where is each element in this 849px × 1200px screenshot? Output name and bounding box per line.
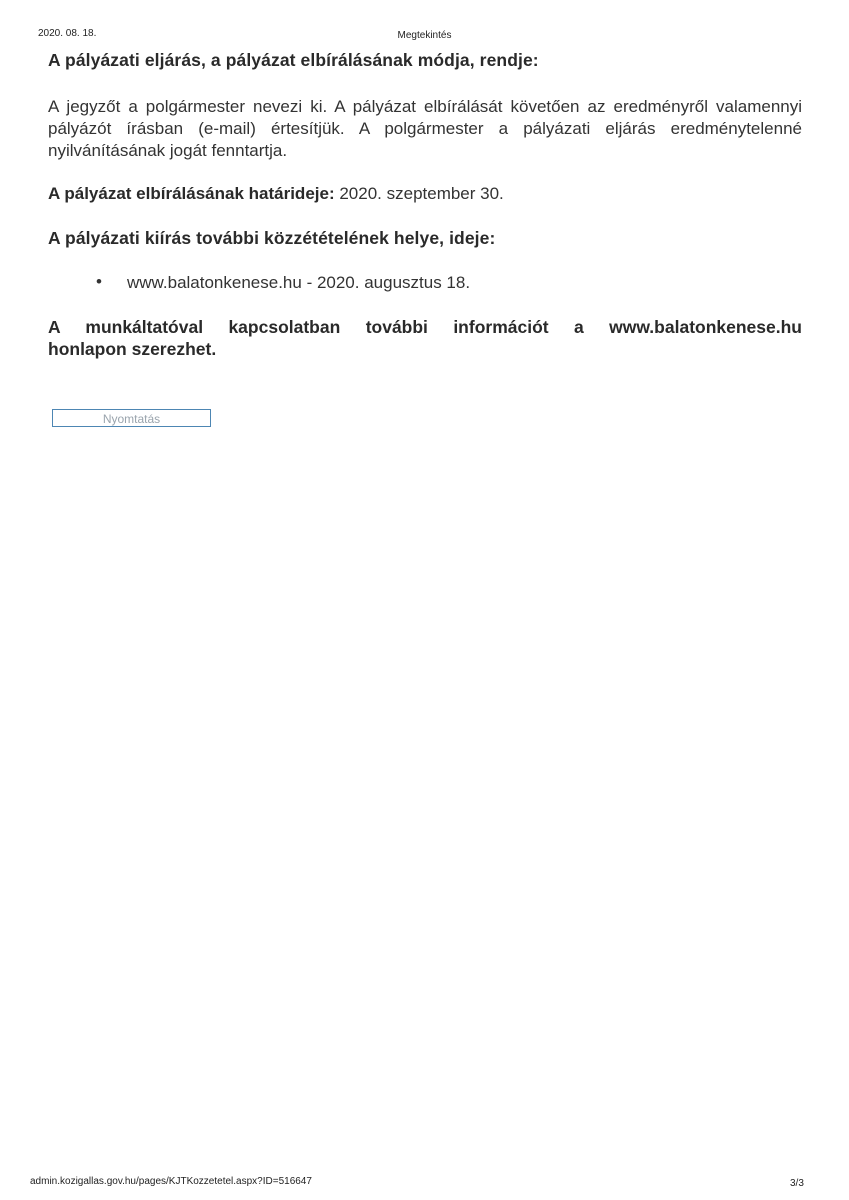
procedure-text: A jegyzőt a polgármester nevezi ki. A pá…	[48, 96, 802, 162]
list-item: www.balatonkenese.hu - 2020. augusztus 1…	[127, 273, 470, 293]
closing-info: A munkáltatóval kapcsolatban további inf…	[48, 316, 802, 360]
deadline-label: A pályázat elbírálásának határideje:	[48, 184, 335, 203]
bullet-icon: •	[96, 272, 102, 292]
deadline-row: A pályázat elbírálásának határideje: 202…	[48, 184, 504, 204]
print-page-title: Megtekintés	[0, 30, 849, 41]
page-url: admin.kozigallas.gov.hu/pages/KJTKozzete…	[30, 1176, 312, 1187]
print-button[interactable]: Nyomtatás	[52, 409, 211, 427]
procedure-heading: A pályázati eljárás, a pályázat elbírálá…	[48, 50, 539, 71]
page-number: 3/3	[790, 1178, 804, 1189]
closing-line-1: A munkáltatóval kapcsolatban további inf…	[48, 316, 802, 338]
deadline-value: 2020. szeptember 30.	[339, 184, 503, 203]
closing-line-2: honlapon szerezhet.	[48, 339, 216, 359]
publication-heading: A pályázati kiírás további közzétételéne…	[48, 228, 495, 249]
